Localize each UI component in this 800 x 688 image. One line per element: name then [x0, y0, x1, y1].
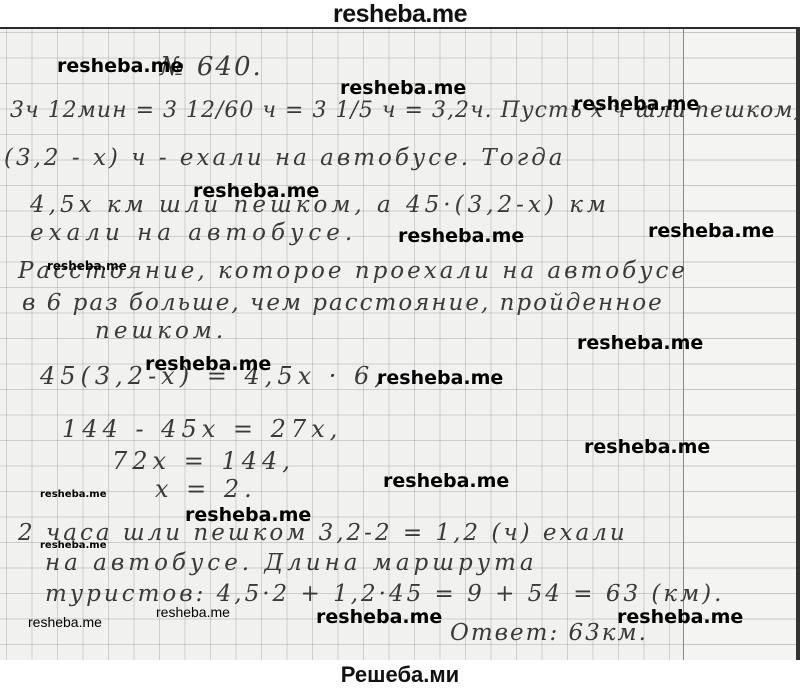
watermark: resheba.me	[28, 614, 102, 630]
solution-line-6: в 6 раз больше, чем расстояние, пройденн…	[22, 290, 664, 316]
watermark: resheba.me	[40, 540, 106, 551]
watermark: resheba.me	[40, 489, 106, 500]
solution-line-9: 144 - 45х = 27х,	[62, 415, 342, 443]
watermark: resheba.me	[47, 259, 127, 273]
watermark: resheba.me	[377, 367, 503, 389]
watermark: resheba.me	[573, 93, 699, 115]
watermark: resheba.me	[398, 225, 524, 247]
watermark: resheba.me	[156, 604, 230, 620]
watermark: resheba.me	[316, 606, 442, 628]
solution-line-11: х = 2.	[155, 475, 257, 503]
solution-line-4: ехали на автобусе.	[30, 220, 357, 246]
site-title-header: resheba.me	[0, 0, 800, 27]
watermark: resheba.me	[145, 353, 271, 375]
solution-line-2: (3,2 - х) ч - ехали на автобусе. Тогда	[4, 145, 566, 171]
watermark: resheba.me	[193, 180, 319, 202]
watermark: resheba.me	[185, 504, 311, 526]
solution-line-14: туристов: 4,5·2 + 1,2·45 = 9 + 54 = 63 (…	[45, 581, 724, 607]
watermark: resheba.me	[648, 220, 774, 242]
watermark: resheba.me	[584, 436, 710, 458]
watermark: resheba.me	[617, 606, 743, 628]
watermark: resheba.me	[383, 470, 509, 492]
watermark: resheba.me	[577, 332, 703, 354]
solution-line-13: на автобусе. Длина маршрута	[45, 550, 538, 576]
watermark: resheba.me	[340, 77, 466, 99]
solution-line-10: 72х = 144,	[112, 447, 295, 475]
solution-line-12: 2 часа шли пешком 3,2-2 = 1,2 (ч) ехали	[18, 520, 628, 546]
site-title-footer: Решеба.ми	[0, 660, 800, 688]
watermark: resheba.me	[57, 55, 183, 77]
solution-line-3: 4,5х км шли пешком, а 45·(3,2-х) км	[30, 192, 610, 218]
solution-line-7: пешком.	[95, 318, 227, 344]
